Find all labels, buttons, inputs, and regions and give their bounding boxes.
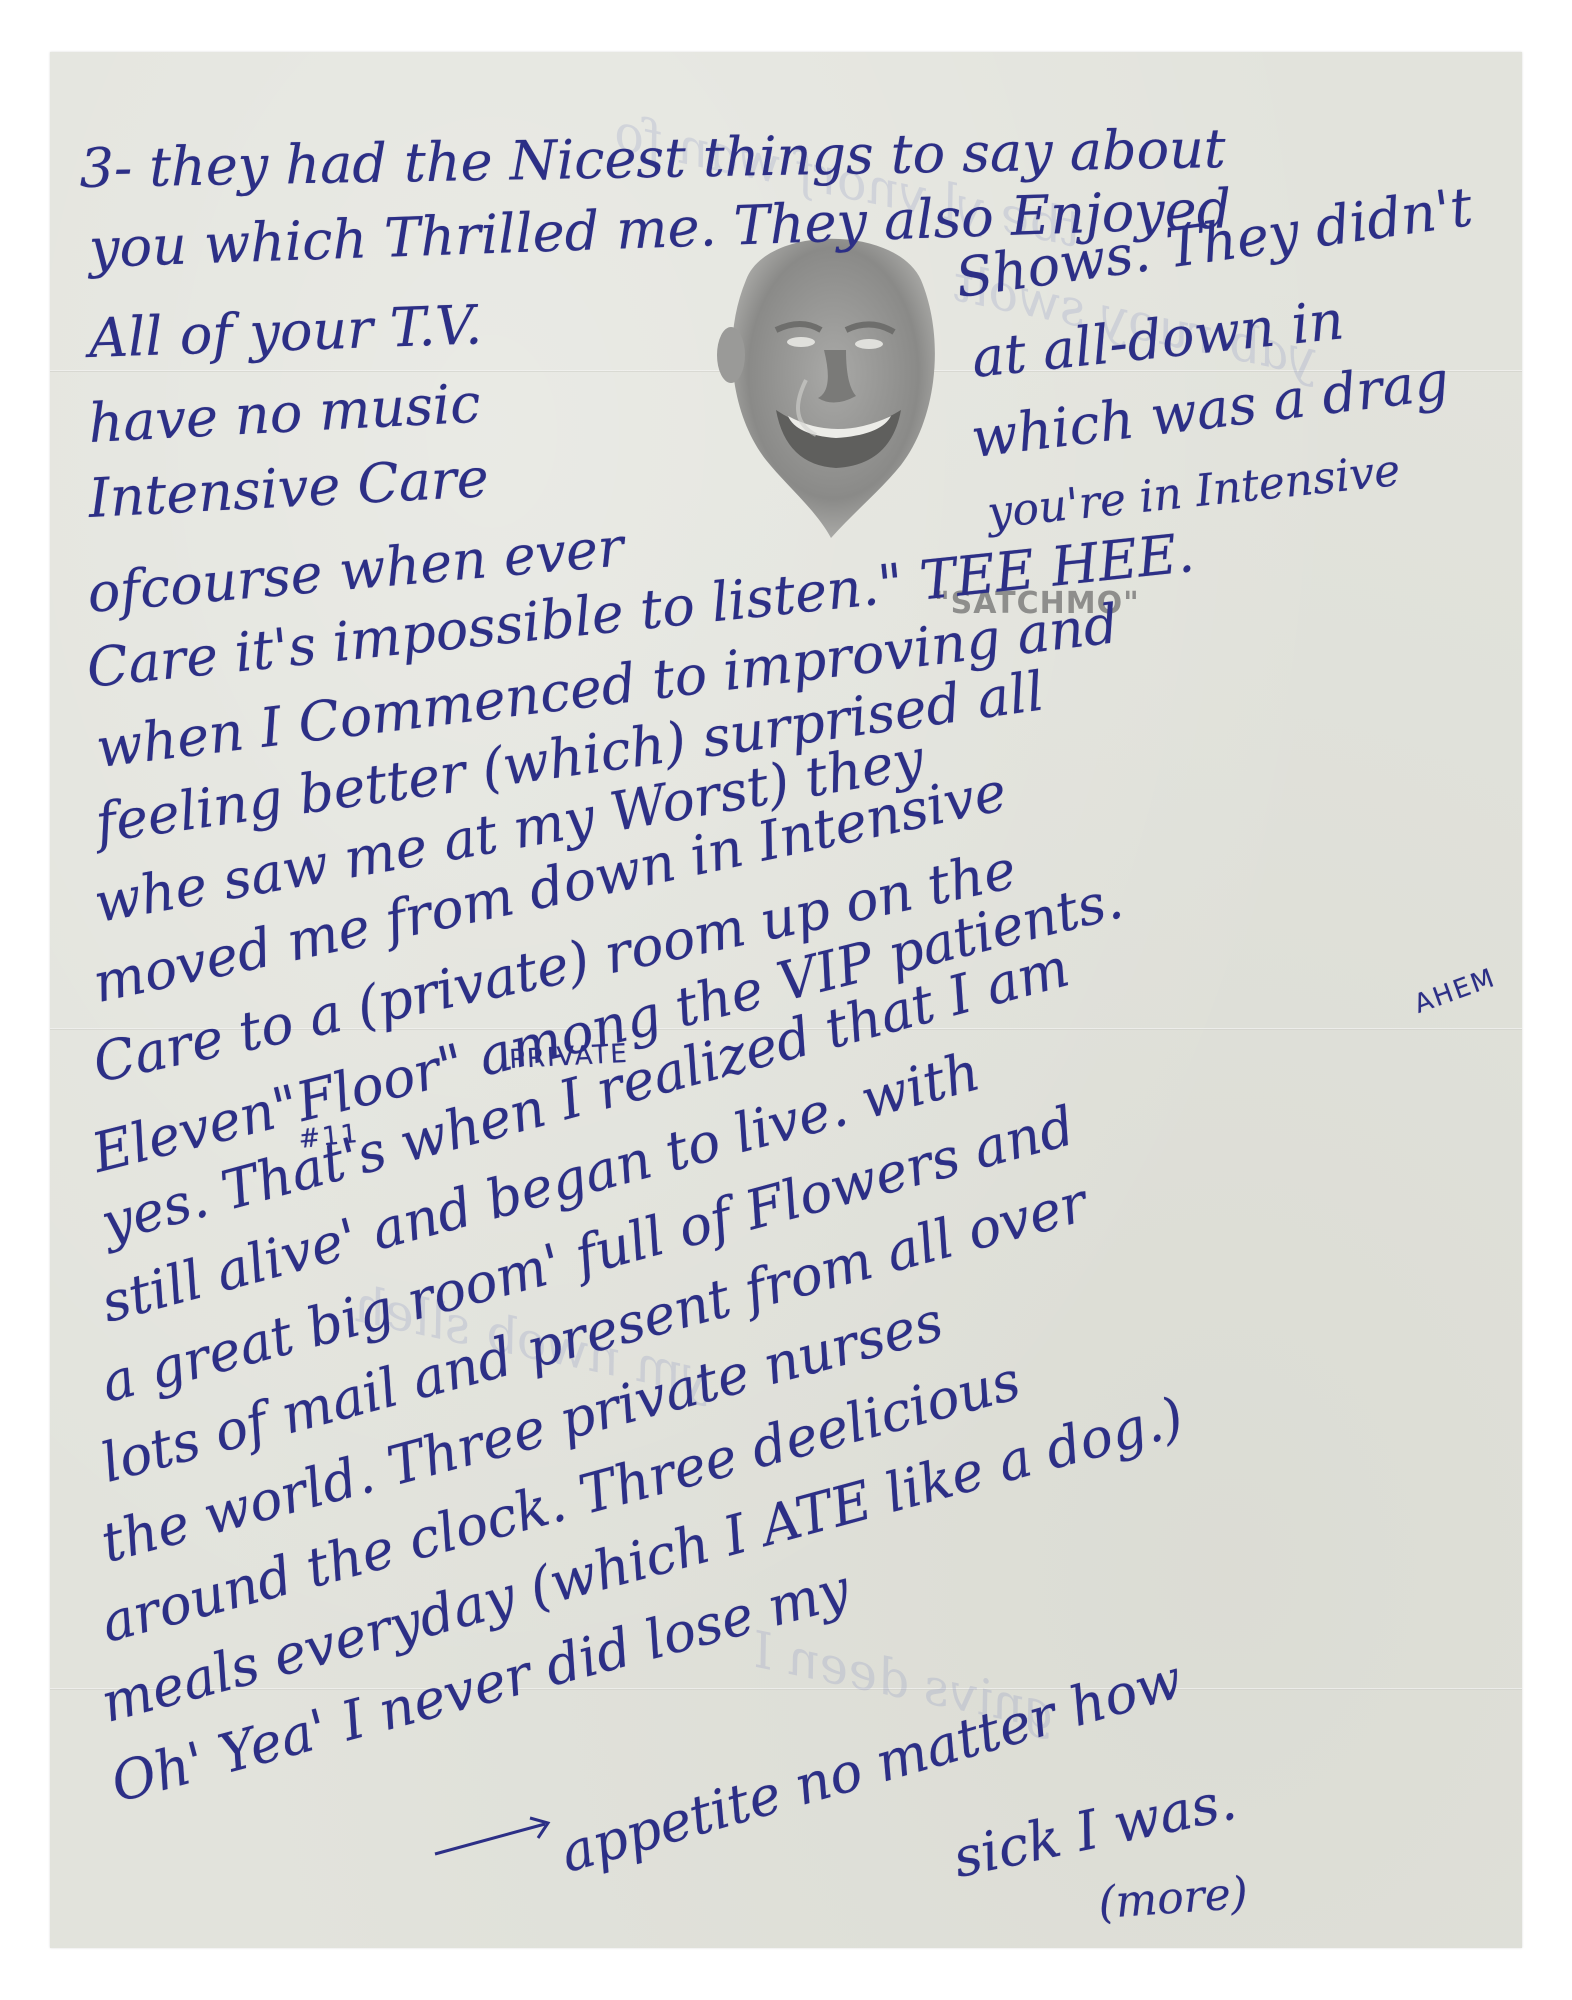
letter-line: All of your T.V. [88,298,483,366]
letter-paper: tbe yl vnorf wan fo yab ruoy swolt ym nw… [50,52,1522,1948]
letter-line: have no music [87,377,482,451]
arrow-right-icon [430,1812,560,1862]
letter-line: Intensive Care [87,451,490,526]
letter-line: sick I was. [949,1774,1241,1886]
letter-line: you're in Intensive [985,449,1402,536]
smiling-man-portrait-icon [706,220,956,540]
inserted-word-ahem: AHEM [1411,965,1499,1018]
letter-line-more: (more) [1097,1872,1249,1926]
